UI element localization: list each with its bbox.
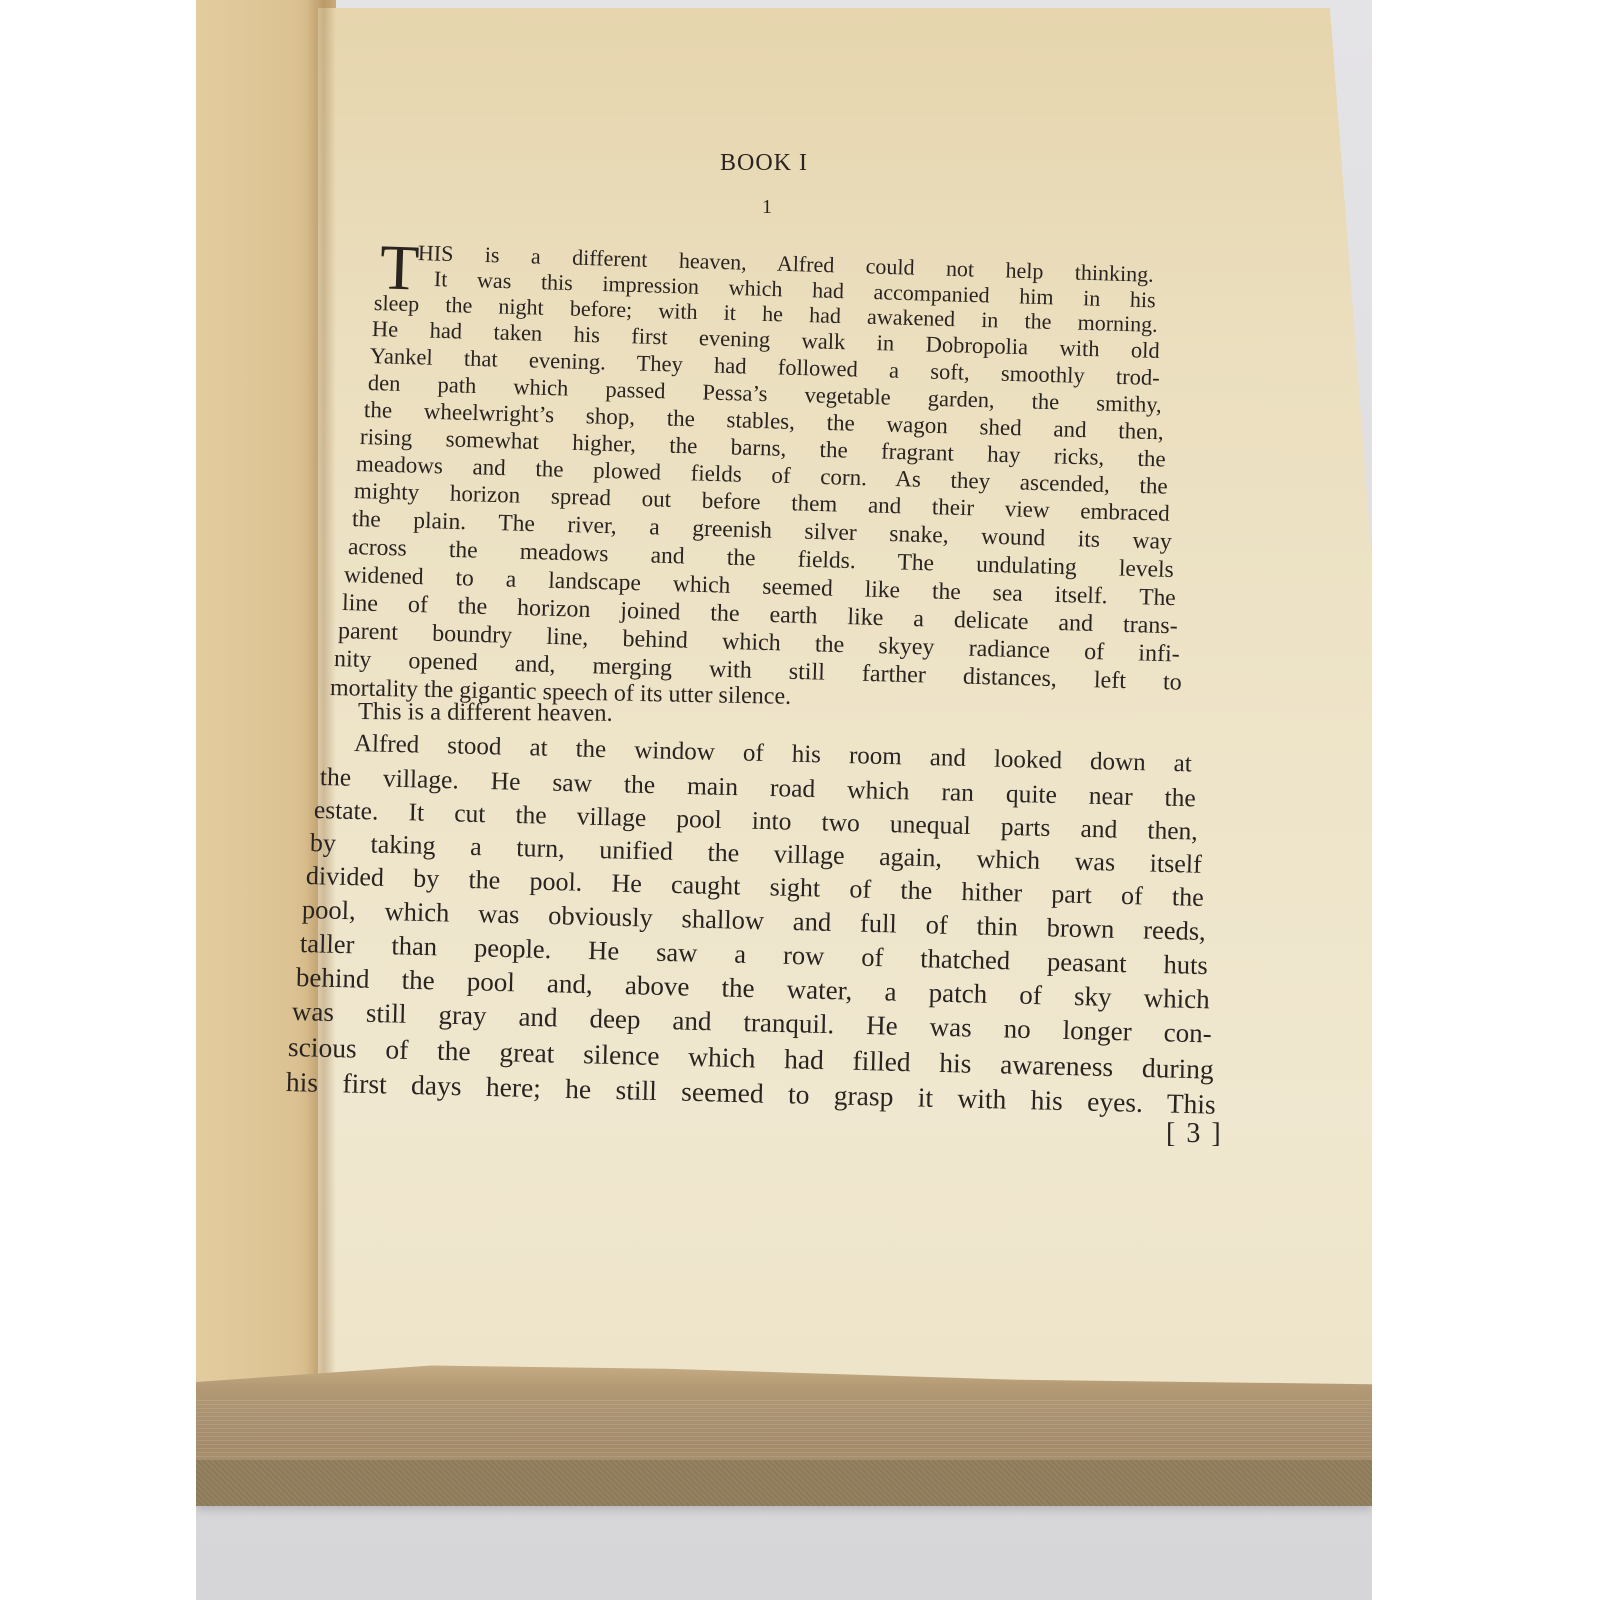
page-text: BOOK I 1 T HIS is a different heaven, Al… (196, 0, 1372, 1400)
text-line: This is a different heaven. (358, 698, 613, 728)
book-heading: BOOK I (720, 150, 808, 177)
book-photo: BOOK I 1 T HIS is a different heaven, Al… (196, 0, 1372, 1600)
book-cover (196, 1460, 1372, 1506)
page-edges-texture (196, 1400, 1372, 1460)
page-number: [ 3 ] (1166, 1118, 1223, 1150)
chapter-number: 1 (762, 196, 772, 219)
